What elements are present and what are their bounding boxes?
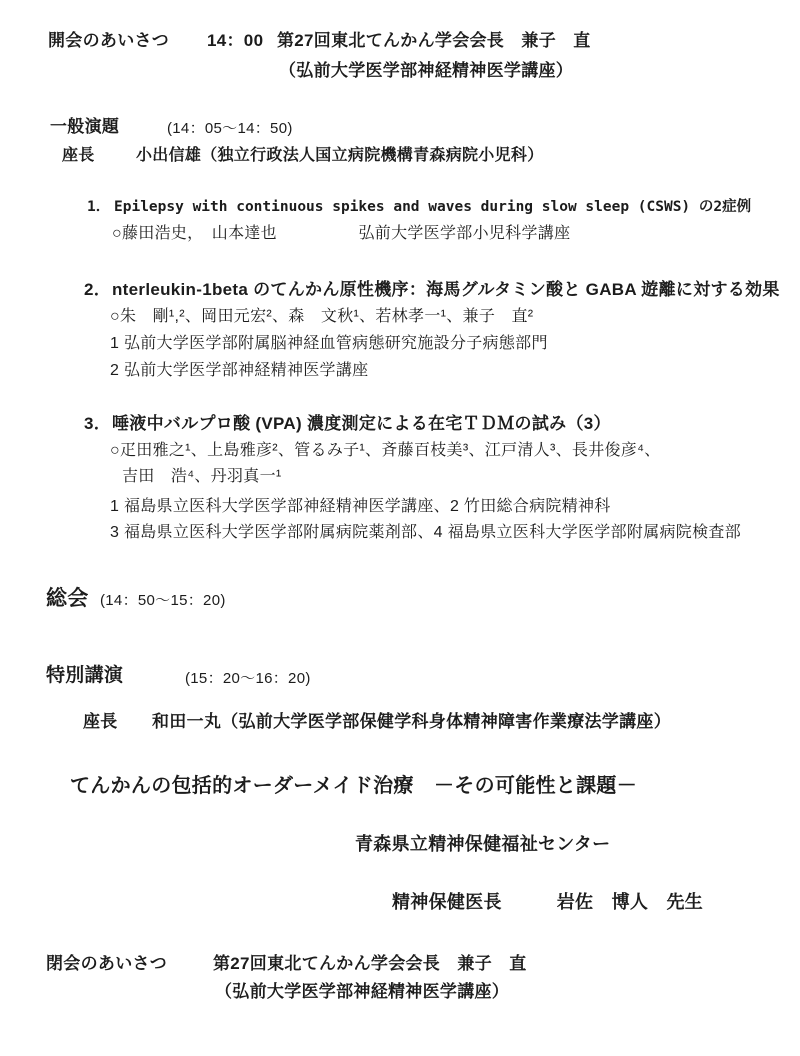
- opening-chair-affiliation: （弘前大学医学部神経精神医学講座）: [279, 61, 573, 81]
- special-lecture-title: てんかんの包括的オーダーメイド治療 －その可能性と課題－: [70, 774, 637, 798]
- opening-time: 14：00: [207, 31, 263, 51]
- presentation-3-number: 3．: [84, 414, 111, 434]
- presentation-2-number: 2．: [84, 280, 111, 300]
- special-lecture-time: (15：20～16：20): [185, 670, 311, 688]
- presentation-3-affiliation-2: 3 福島県立医科大学医学部附属病院薬剤部、4 福島県立医科大学医学部附属病院検査…: [110, 523, 741, 542]
- special-lecture-heading: 特別講演: [46, 665, 123, 688]
- general-meeting-time: (14：50～15：20): [100, 592, 226, 610]
- session-chair-label: 座長: [62, 146, 95, 165]
- presentation-1-title: Epilepsy with continuous spikes and wave…: [114, 199, 751, 216]
- closing-greeting-label: 閉会のあいさつ: [46, 954, 167, 974]
- presentation-2-affiliation-1: 1 弘前大学医学部附属脳神経血管病態研究施設分子病態部門: [110, 334, 548, 353]
- session-chair-name: 小出信雄（独立行政法人国立病院機構青森病院小児科）: [136, 146, 544, 165]
- presentation-3-authors-line2: 吉田 浩⁴、丹羽真一¹: [122, 467, 282, 486]
- speaker-name: 精神保健医長 岩佐 博人 先生: [392, 892, 703, 914]
- presentation-3-title: 唾液中バルプロ酸 (VPA) 濃度測定による在宅ＴＤＭの試み（3）: [112, 414, 611, 434]
- presentation-1-authors: ○藤田浩史， 山本達也 弘前大学医学部小児科学講座: [112, 224, 570, 243]
- general-session-time: (14：05～14：50): [167, 120, 293, 138]
- closing-chair-name: 第27回東北てんかん学会会長 兼子 直: [213, 954, 527, 974]
- presentation-2-title: nterleukin-1beta のてんかん原性機序：海馬グルタミン酸と GAB…: [112, 280, 780, 300]
- conference-program-page: 開会のあいさつ 14：00 第27回東北てんかん学会会長 兼子 直 （弘前大学医…: [0, 0, 800, 1056]
- presentation-3-affiliation-1: 1 福島県立医科大学医学部神経精神医学講座、2 竹田総合病院精神科: [110, 497, 611, 516]
- opening-chair-name: 第27回東北てんかん学会会長 兼子 直: [277, 31, 591, 51]
- presentation-2-authors: ○朱 剛¹,²、岡田元宏²、森 文秋¹、若林孝一¹、兼子 直²: [110, 307, 533, 326]
- special-lecture-chair-name: 和田一丸（弘前大学医学部保健学科身体精神障害作業療法学講座）: [152, 712, 671, 732]
- general-session-heading: 一般演題: [50, 117, 119, 137]
- special-lecture-chair-label: 座長: [83, 712, 118, 732]
- speaker-affiliation: 青森県立精神保健福祉センター: [355, 834, 610, 856]
- general-meeting-heading: 総会: [46, 586, 89, 611]
- opening-greeting-label: 開会のあいさつ: [48, 31, 169, 51]
- presentation-2-affiliation-2: 2 弘前大学医学部神経精神医学講座: [110, 361, 368, 380]
- presentation-1-number: 1．: [87, 199, 110, 216]
- closing-chair-affiliation: （弘前大学医学部神経精神医学講座）: [215, 982, 509, 1002]
- presentation-3-authors-line1: ○疋田雅之¹、上島雅彦²、管るみ子¹、斉藤百枝美³、江戸清人³、長井俊彦⁴、: [110, 441, 661, 460]
